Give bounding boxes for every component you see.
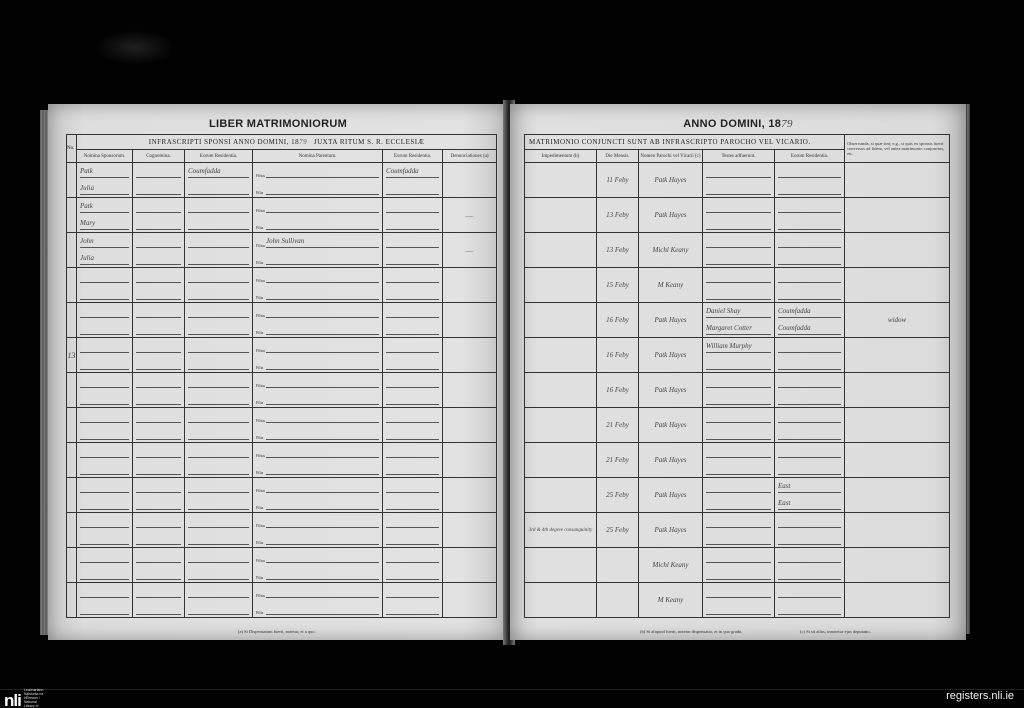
parents-residence-2 [386,462,439,475]
parents-residence [386,200,439,213]
priest-name: Michl Keany [639,548,703,583]
groom-parents [266,305,379,318]
witness-2 [706,602,771,615]
parents-residence-2 [386,497,439,510]
marriage-date [597,583,639,618]
groom-residence [188,235,249,248]
filius-label: Filius [256,278,264,283]
denunciationes-value [443,513,497,548]
bride-surname [136,567,181,580]
impediment-value [525,583,597,618]
witness-1-residence [778,270,841,283]
denunciationes-value [443,408,497,443]
witness-1-residence [778,410,841,423]
filius-label: Filius [256,348,264,353]
parents-residence: Coumfadda [386,165,439,178]
bride-surname [136,462,181,475]
witness-2-residence [778,602,841,615]
bride-surname [136,497,181,510]
table-row: 21 Feby Patk Hayes [525,408,950,443]
denunciationes-value [443,478,497,513]
viewer-bottom-divider [0,689,1024,690]
bride-surname [136,182,181,195]
right-footnote-c: (c) Si sit alius, innotetur ejus deputat… [800,629,871,634]
denunciationes-value [443,373,497,408]
groom-residence: Coumfadda [188,165,249,178]
observation-value [845,233,950,268]
marriage-date: 16 Feby [597,303,639,338]
filius-label: Filius [256,243,264,248]
right-footnote-b: (b) Si aliquod fuerit, notetur dispensat… [640,629,742,634]
table-row: Filius Filia [67,583,497,618]
witness-1 [706,375,771,388]
bride-parents [266,357,379,370]
bride-parents [266,217,379,230]
priest-name: Patk Hayes [639,443,703,478]
table-row: Filius Filia [67,408,497,443]
filia-label: Filia [256,225,264,230]
filius-label: Filius [256,593,264,598]
filius-label: Filius [256,313,264,318]
parents-residence [386,375,439,388]
parents-residence [386,410,439,423]
parents-residence-2 [386,532,439,545]
witness-1-residence [778,165,841,178]
groom-residence [188,445,249,458]
observation-value [845,338,950,373]
parents-residence [386,235,439,248]
groom-name [80,340,129,353]
witness-2-residence [778,567,841,580]
groom-residence [188,340,249,353]
bride-name [80,567,129,580]
bride-residence [188,497,249,510]
entry-number [67,583,77,618]
impediment-value [525,548,597,583]
groom-surname [136,410,181,423]
bride-surname [136,427,181,440]
filia-label: Filia [256,435,264,440]
entry-number: 13 [67,338,77,373]
groom-residence [188,410,249,423]
bride-residence [188,532,249,545]
filius-label: Filius [256,488,264,493]
groom-surname [136,305,181,318]
priest-name: M Keany [639,583,703,618]
marriage-date: 13 Feby [597,233,639,268]
impediment-value [525,303,597,338]
observation-value [845,198,950,233]
table-row: PatkMary Filius Filia — [67,198,497,233]
left-header-row: INFRASCRIPTI SPONSI ANNO DOMINI, 1879 JU… [77,135,497,150]
groom-name [80,585,129,598]
parents-residence-2 [386,427,439,440]
priest-name: Patk Hayes [639,338,703,373]
bride-parents [266,322,379,335]
bride-name [80,462,129,475]
witness-2-residence [778,357,841,370]
left-footnote: (a) Si Dispensatum fuerit, notetur, et a… [238,629,316,634]
observation-value [845,478,950,513]
bride-parents [266,532,379,545]
groom-name [80,410,129,423]
groom-residence [188,480,249,493]
groom-surname [136,550,181,563]
bride-surname [136,602,181,615]
bride-name [80,427,129,440]
table-row: 13 Filius Filia [67,338,497,373]
bride-name [80,497,129,510]
entry-number [67,373,77,408]
marriage-date [597,548,639,583]
filius-label: Filius [256,208,264,213]
impediment-value [525,443,597,478]
table-row: Filius Filia [67,373,497,408]
witness-1 [706,445,771,458]
groom-surname [136,270,181,283]
witness-2 [706,252,771,265]
witness-2-residence [778,287,841,300]
witness-2 [706,217,771,230]
bride-surname [136,532,181,545]
col-cognomina: Cognomina. [133,150,185,163]
observation-value [845,373,950,408]
table-row: Filius Filia [67,303,497,338]
table-row: Filius Filia [67,478,497,513]
parents-residence [386,480,439,493]
right-page-title: ANNO DOMINI, 1879 [510,118,966,130]
bride-name: Julia [80,252,129,265]
bride-surname [136,392,181,405]
col-testes: Testes adfuerunt. [703,150,775,163]
entry-number [67,443,77,478]
groom-surname [136,375,181,388]
col-no-header: No. [67,135,77,163]
background-smudge [95,30,175,65]
filia-label: Filia [256,575,264,580]
witness-2 [706,567,771,580]
bride-name: Mary [80,217,129,230]
denunciationes-value [443,268,497,303]
bride-residence [188,392,249,405]
parents-residence [386,340,439,353]
bride-parents [266,497,379,510]
groom-surname [136,165,181,178]
table-row: 3rd & 4th degree consanguinity 25 Feby P… [525,513,950,548]
site-link[interactable]: registers.nli.ie [946,690,1014,702]
groom-surname [136,585,181,598]
filius-label: Filius [256,523,264,528]
witness-1: Daniel Shay [706,305,771,318]
parents-residence-2 [386,357,439,370]
bride-surname [136,287,181,300]
bride-parents [266,252,379,265]
witness-2 [706,287,771,300]
witness-2-residence: Coumfadda [778,322,841,335]
groom-residence [188,305,249,318]
priest-name: Patk Hayes [639,513,703,548]
witness-2-residence [778,392,841,405]
entry-number [67,303,77,338]
witness-2: Margaret Cotter [706,322,771,335]
parents-residence [386,585,439,598]
bride-residence [188,287,249,300]
groom-parents [266,515,379,528]
register-book: LIBER MATRIMONIORUM No. INFRASCRIPTI SPO… [40,100,970,645]
groom-name [80,375,129,388]
table-row: M Keany [525,583,950,618]
groom-name: Patk [80,200,129,213]
denunciationes-value [443,338,497,373]
groom-parents [266,550,379,563]
filia-label: Filia [256,610,264,615]
denunciationes-value [443,548,497,583]
parents-residence [386,270,439,283]
witness-2 [706,427,771,440]
parents-residence-2 [386,217,439,230]
table-row: 16 Feby Patk Hayes [525,373,950,408]
parents-residence-2 [386,182,439,195]
table-row: 16 Feby Patk Hayes William Murphy [525,338,950,373]
observation-value [845,513,950,548]
groom-parents [266,200,379,213]
table-row: 13 Feby Patk Hayes [525,198,950,233]
bride-residence [188,427,249,440]
witness-1 [706,480,771,493]
witness-2-residence [778,427,841,440]
table-row: 13 Feby Michl Keany [525,233,950,268]
bride-surname [136,217,181,230]
groom-name: John [80,235,129,248]
col-nomina-parentum: Nomina Parentum. [253,150,383,163]
observation-value [845,548,950,583]
parents-residence-2 [386,252,439,265]
nli-logo-subtitle: Leabharlann Náisiúnta na hÉireann / Nati… [24,688,48,708]
filia-label: Filia [256,260,264,265]
witness-1-residence [778,200,841,213]
priest-name: Patk Hayes [639,373,703,408]
groom-surname [136,515,181,528]
bride-name [80,357,129,370]
observation-value [845,583,950,618]
marriage-register-table-right: MATRIMONIO CONJUNCTI SUNT AB INFRASCRIPT… [524,134,950,618]
marriage-date: 16 Feby [597,338,639,373]
col-impedimentum: Impedimentum (b) [525,150,597,163]
col-eorum-residentia-2: Eorum Residentia. [383,150,443,163]
observation-value: widow [845,303,950,338]
groom-name [80,550,129,563]
groom-parents [266,375,379,388]
bride-name [80,392,129,405]
entry-number [67,548,77,583]
entry-number [67,268,77,303]
bride-surname [136,322,181,335]
denunciationes-value: — [443,233,497,268]
denunciationes-value [443,163,497,198]
bride-parents [266,182,379,195]
table-row: Filius Filia [67,443,497,478]
filius-label: Filius [256,453,264,458]
parents-residence-2 [386,567,439,580]
groom-residence [188,550,249,563]
groom-residence [188,515,249,528]
bride-name [80,287,129,300]
entry-number [67,198,77,233]
witness-2-residence [778,217,841,230]
groom-name: Patk [80,165,129,178]
bride-parents [266,602,379,615]
filia-label: Filia [256,295,264,300]
entry-number [67,478,77,513]
nli-logo-mark: nli [4,692,21,708]
groom-parents [266,585,379,598]
witness-2 [706,182,771,195]
filia-label: Filia [256,330,264,335]
filia-label: Filia [256,365,264,370]
witness-2-residence [778,532,841,545]
parents-residence-2 [386,322,439,335]
witness-1-residence [778,340,841,353]
left-page: LIBER MATRIMONIORUM No. INFRASCRIPTI SPO… [48,104,508,640]
marriage-date: 16 Feby [597,373,639,408]
table-row: PatkJulia Coumfadda Filius Filia Coumfad… [67,163,497,198]
impediment-value [525,408,597,443]
witness-2-residence [778,182,841,195]
bride-name: Julia [80,182,129,195]
bride-residence [188,182,249,195]
witness-1-residence [778,445,841,458]
witness-1 [706,515,771,528]
bride-residence [188,567,249,580]
bride-parents [266,567,379,580]
filia-label: Filia [256,190,264,195]
groom-name [80,270,129,283]
right-page: ANNO DOMINI, 1879 MATRIMONIO CONJUNCTI S… [510,104,966,640]
groom-name [80,445,129,458]
bride-residence [188,322,249,335]
parents-residence-2 [386,287,439,300]
groom-parents [266,410,379,423]
groom-surname [136,200,181,213]
witness-1-residence [778,375,841,388]
impediment-value: 3rd & 4th degree consanguinity [525,513,597,548]
bride-parents [266,462,379,475]
priest-name: Patk Hayes [639,303,703,338]
witness-2 [706,357,771,370]
bride-residence [188,217,249,230]
bride-name [80,322,129,335]
bride-residence [188,252,249,265]
observation-value [845,408,950,443]
groom-surname [136,445,181,458]
witness-2-residence: East [778,497,841,510]
priest-name: Michl Keany [639,233,703,268]
image-viewer[interactable]: LIBER MATRIMONIORUM No. INFRASCRIPTI SPO… [0,0,1024,708]
witness-1 [706,585,771,598]
table-row: Filius Filia [67,513,497,548]
marriage-date: 21 Feby [597,443,639,478]
bride-parents [266,287,379,300]
col-nomen-parochi: Nomen Parochi vel Vicarii (c) [639,150,703,163]
witness-2-residence [778,252,841,265]
nli-logo[interactable]: nli Leabharlann Náisiúnta na hÉireann / … [4,688,48,708]
priest-name: Patk Hayes [639,478,703,513]
impediment-value [525,163,597,198]
groom-parents: John Sullivan [266,235,379,248]
table-row: 21 Feby Patk Hayes [525,443,950,478]
groom-parents [266,480,379,493]
table-row: 15 Feby M Keany [525,268,950,303]
col-dies-mensis: Die Mensis. [597,150,639,163]
witness-1 [706,550,771,563]
bride-name [80,532,129,545]
observation-value [845,163,950,198]
table-row: Michl Keany [525,548,950,583]
witness-2 [706,532,771,545]
impediment-value [525,373,597,408]
table-row: 25 Feby Patk Hayes EastEast [525,478,950,513]
groom-surname [136,235,181,248]
priest-name: M Keany [639,268,703,303]
col-eorum-residentia: Eorum Residentia. [185,150,253,163]
table-row: Filius Filia [67,268,497,303]
priest-name: Patk Hayes [639,163,703,198]
groom-residence [188,375,249,388]
witness-1 [706,165,771,178]
parents-residence-2 [386,392,439,405]
impediment-value [525,233,597,268]
col-denunciationes: Denunciationes (a) [443,150,497,163]
groom-surname [136,340,181,353]
denunciationes-value [443,303,497,338]
groom-parents [266,270,379,283]
filius-label: Filius [256,418,264,423]
filius-label: Filius [256,173,264,178]
filia-label: Filia [256,470,264,475]
witness-1 [706,410,771,423]
table-row: 11 Feby Patk Hayes [525,163,950,198]
marriage-date: 11 Feby [597,163,639,198]
table-row: Filius Filia [67,548,497,583]
impediment-value [525,268,597,303]
groom-name [80,305,129,318]
witness-2-residence [778,462,841,475]
parents-residence [386,550,439,563]
marriage-date: 21 Feby [597,408,639,443]
priest-name: Patk Hayes [639,408,703,443]
groom-parents [266,445,379,458]
witness-1-residence [778,585,841,598]
priest-name: Patk Hayes [639,198,703,233]
entry-number [67,408,77,443]
denunciationes-value: — [443,198,497,233]
witness-1 [706,235,771,248]
filia-label: Filia [256,400,264,405]
witness-1-residence: Coumfadda [778,305,841,318]
marriage-date: 13 Feby [597,198,639,233]
denunciationes-value [443,443,497,478]
witness-2 [706,392,771,405]
filius-label: Filius [256,383,264,388]
witness-1: William Murphy [706,340,771,353]
left-page-title: LIBER MATRIMONIORUM [48,118,508,130]
marriage-register-table-left: No. INFRASCRIPTI SPONSI ANNO DOMINI, 187… [66,134,497,618]
parents-residence [386,515,439,528]
right-header-row: MATRIMONIO CONJUNCTI SUNT AB INFRASCRIPT… [525,135,845,150]
groom-name [80,515,129,528]
bride-name [80,602,129,615]
impediment-value [525,478,597,513]
